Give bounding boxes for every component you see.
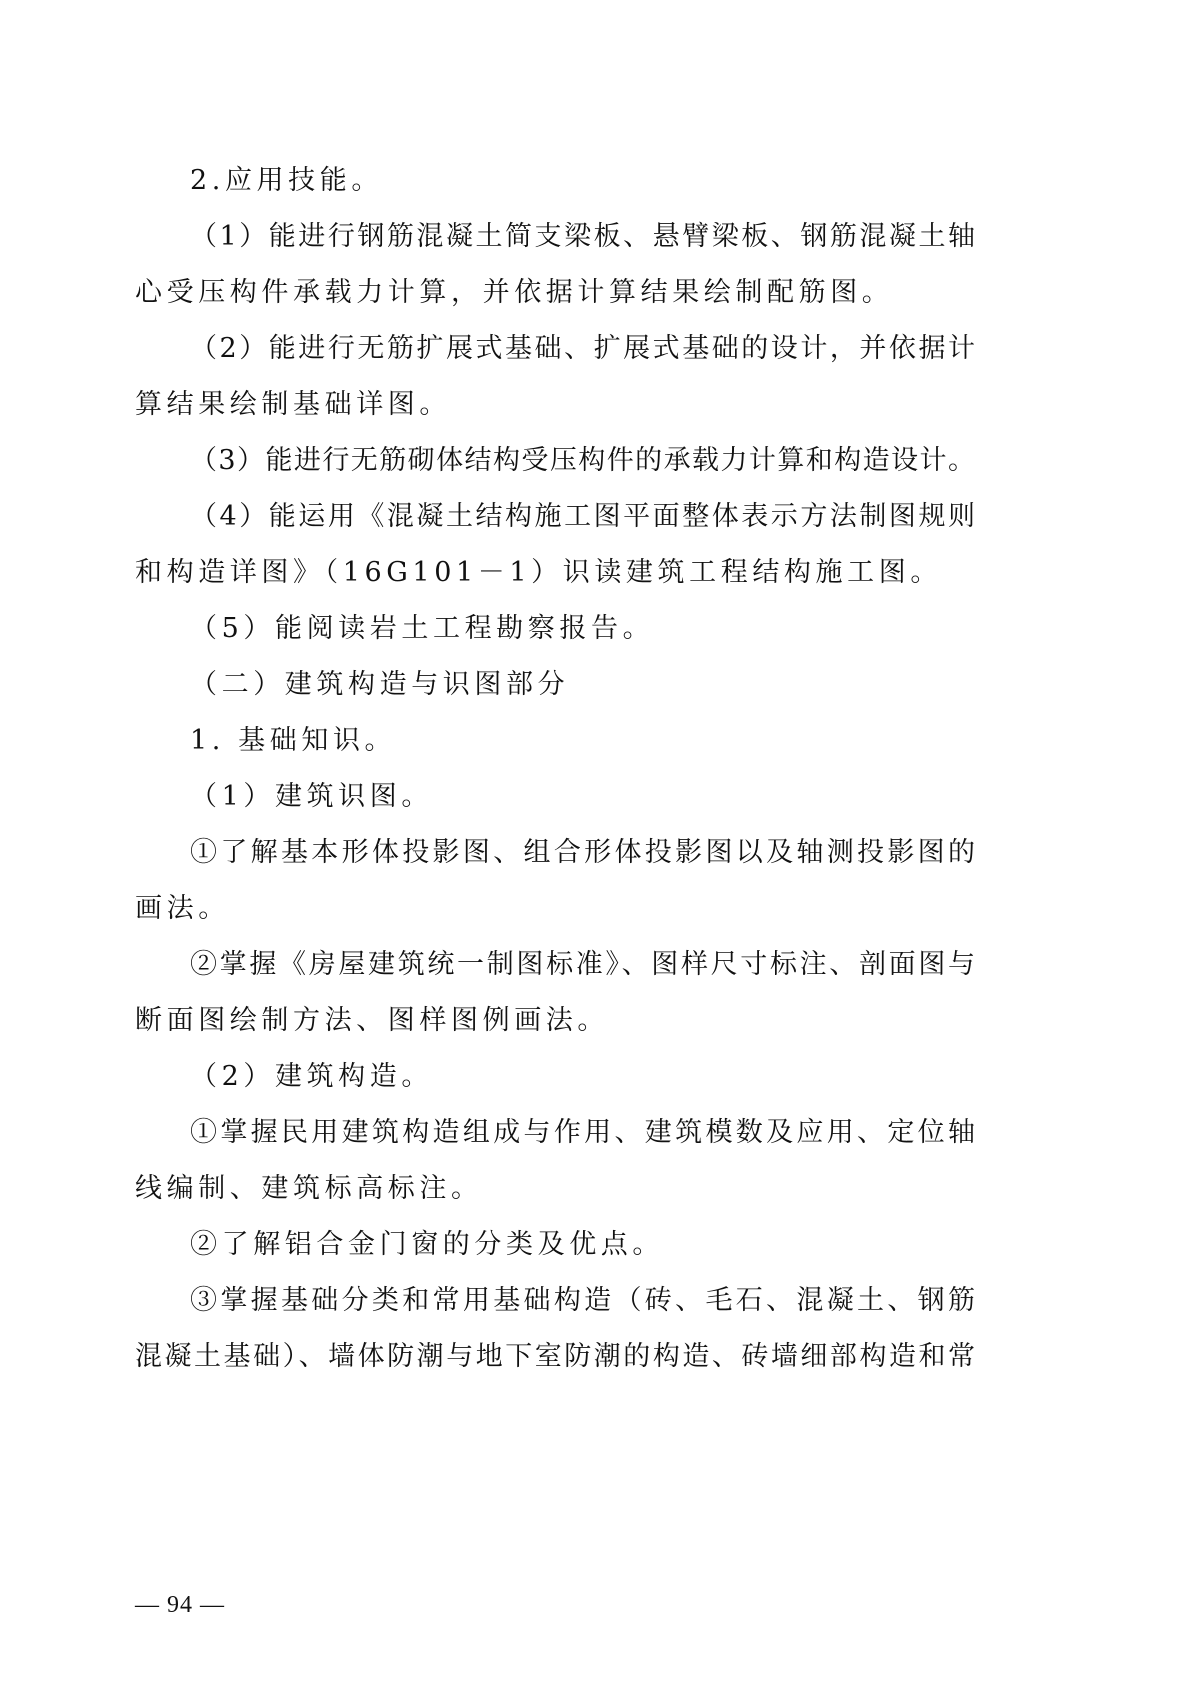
text-line: ③掌握基础分类和常用基础构造（砖、毛石、混凝土、钢筋 — [190, 1284, 975, 1318]
text-line: ①了解基本形体投影图、组合形体投影图以及轴测投影图的 — [190, 836, 975, 870]
page-number: — 94 — — [135, 1592, 225, 1619]
text-line: （2）建筑构造。 — [190, 1060, 433, 1094]
text-line: （2）能进行无筋扩展式基础、扩展式基础的设计，并依据计 — [190, 332, 975, 366]
text-line: ②了解铝合金门窗的分类及优点。 — [190, 1228, 664, 1262]
text-line: 心受压构件承载力计算，并依据计算结果绘制配筋图。 — [135, 276, 893, 310]
text-line: （1）能进行钢筋混凝土简支梁板、悬臂梁板、钢筋混凝土轴 — [190, 220, 975, 254]
text-line: 和构造详图》（16G101－1）识读建筑工程结构施工图。 — [135, 556, 942, 590]
text-line: （1）建筑识图。 — [190, 780, 433, 814]
text-line: 混凝土基础）、墙体防潮与地下室防潮的构造、砖墙细部构造和常 — [135, 1340, 975, 1374]
text-line: 断面图绘制方法、图样图例画法。 — [135, 1004, 609, 1038]
text-line: 画法。 — [135, 892, 230, 926]
text-line: （4）能运用《混凝土结构施工图平面整体表示方法制图规则 — [190, 500, 975, 534]
text-line: 算结果绘制基础详图。 — [135, 388, 451, 422]
text-line: 1. 基础知识。 — [190, 724, 396, 758]
text-line: （5）能阅读岩土工程勘察报告。 — [190, 612, 654, 646]
text-line: 2.应用技能。 — [190, 164, 383, 198]
text-line: ②掌握《房屋建筑统一制图标准》、图样尺寸标注、剖面图与 — [190, 948, 975, 982]
text-line: （二）建筑构造与识图部分 — [190, 668, 569, 702]
text-line: ①掌握民用建筑构造组成与作用、建筑模数及应用、定位轴 — [190, 1116, 975, 1150]
text-line: 线编制、建筑标高标注。 — [135, 1172, 483, 1206]
text-line: （3）能进行无筋砌体结构受压构件的承载力计算和构造设计。 — [190, 444, 975, 478]
